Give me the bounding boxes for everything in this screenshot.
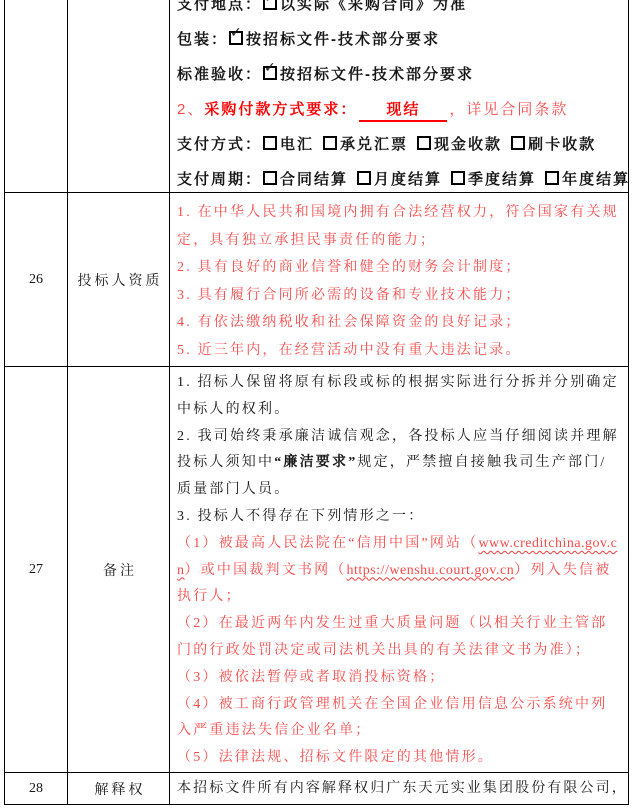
payment-requirement-line: 2、采购付款方式要求：现结，详见合同条款 [177,92,628,127]
remarks-content-cell: 1. 招标人保留将原有标段或标的根据实际进行分拆并分别确定中标人的权利。 2. … [170,367,628,772]
payment-place-label: 支付地点： [177,0,262,13]
row-number: 28 [29,781,43,797]
qualification-item: 2. 具有良好的商业信誉和健全的财务会计制度； [177,254,622,282]
remarks-paragraph: 1. 招标人保留将原有标段或标的根据实际进行分拆并分别确定中标人的权利。 [177,370,622,424]
check-mark-icon: ✓ [230,27,242,37]
payment-method-option: 现金收款 [416,136,502,153]
payment-requirement-number: 2、 [177,101,204,118]
interpretation-right-content-cell: 本招标文件所有内容解释权归广东天元实业集团股份有限公司， [170,773,628,804]
unchecked-checkbox-icon [357,171,371,185]
check-mark-icon: ✓ [264,0,276,2]
prohibited-case-text: （1）被最高人民法院在“信用中国”网站（ [177,536,478,551]
payment-terms-content-cell: 支付地点：✓以实际《采购合同》为准 包装：✓按招标文件-技术部分要求 标准验收：… [170,0,628,192]
qualification-item: 1. 在中华人民共和国境内拥有合法经营权力，符合国家有关规定，具有独立承担民事责… [177,199,622,254]
table-row-bidder-qualifications: 26 投标人资质 1. 在中华人民共和国境内拥有合法经营权力，符合国家有关规定，… [5,193,628,367]
unchecked-checkbox-icon [263,171,277,185]
payment-cycle-option: 年度结算 [544,171,628,188]
payment-cycle-option: 季度结算 [450,171,536,188]
payment-cycle-option: 月度结算 [356,171,442,188]
unchecked-checkbox-icon [511,136,525,150]
table-row-interpretation-right: 28 解释权 本招标文件所有内容解释权归广东天元实业集团股份有限公司， [5,773,628,805]
option-label: 年度结算 [562,171,628,188]
payment-requirement-value: 现结 [386,101,420,118]
acceptance-text: 按招标文件-技术部分要求 [280,66,474,83]
checked-checkbox-icon: ✓ [263,66,277,80]
tender-requirements-table: 支付地点：✓以实际《采购合同》为准 包装：✓按招标文件-技术部分要求 标准验收：… [4,0,629,805]
payment-place-line: 支付地点：✓以实际《采购合同》为准 [177,0,628,22]
unchecked-checkbox-icon [545,171,559,185]
unchecked-checkbox-icon [263,136,277,150]
prohibited-case-item: （2）在最近两年内发生过重大质量问题（以相关行业主管部门的行政处罚决定或司法机关… [177,611,622,665]
option-label: 刷卡收款 [528,136,596,153]
packaging-line: 包装：✓按招标文件-技术部分要求 [177,22,628,57]
option-label: 合同结算 [280,171,348,188]
unchecked-checkbox-icon [417,136,431,150]
option-label: 承兑汇票 [340,136,408,153]
prohibited-case-item: （5）法律法规、招标文件限定的其他情形。 [177,745,622,772]
payment-cycle-line: 支付周期：合同结算月度结算季度结算年度结算 [177,162,628,192]
row-label: 投标人资质 [78,270,163,290]
packaging-label: 包装： [177,31,228,48]
payment-place-text: 以实际《采购合同》为准 [280,0,467,13]
row-label: 备注 [103,560,137,580]
check-mark-icon: ✓ [264,62,276,72]
payment-method-option: 承兑汇票 [322,136,408,153]
option-label: 电汇 [280,136,314,153]
qualification-item: 5. 近三年内，在经营活动中没有重大违法记录。 [177,337,622,365]
unchecked-checkbox-icon [451,171,465,185]
row-label-cell-empty [68,0,170,192]
checked-checkbox-icon: ✓ [229,31,243,45]
wenshu-court-url-link[interactable]: https://wenshu.court.gov.cn [347,563,515,578]
payment-requirement-blank: 现结 [359,100,447,122]
prohibited-case-item: （4）被工商行政管理机关在全国企业信用信息公示系统中列入严重违法失信企业名单； [177,692,622,746]
interpretation-right-text: 本招标文件所有内容解释权归广东天元实业集团股份有限公司， [177,781,628,796]
row-number: 26 [29,272,43,288]
payment-method-label: 支付方式： [177,136,262,153]
qualification-item: 3. 具有履行合同所必需的设备和专业技术能力； [177,282,622,310]
row-number: 27 [29,562,43,578]
bidder-qualifications-content-cell: 1. 在中华人民共和国境内拥有合法经营权力，符合国家有关规定，具有独立承担民事责… [170,193,628,366]
acceptance-line: 标准验收：✓按招标文件-技术部分要求 [177,57,628,92]
payment-cycle-option: 合同结算 [262,171,348,188]
payment-requirement-label: 采购付款方式要求： [204,101,357,118]
remarks-paragraph: 2. 我司始终秉承廉洁诚信观念，各投标人应当仔细阅读并理解投标人须知中“廉洁要求… [177,424,622,504]
row-number-cell-empty [5,0,68,192]
prohibited-case-item: （3）被依法暂停或者取消投标资格； [177,665,622,692]
payment-requirement-suffix: ，详见合同条款 [449,101,568,118]
table-row-payment-terms: 支付地点：✓以实际《采购合同》为准 包装：✓按招标文件-技术部分要求 标准验收：… [5,0,628,193]
row-number-cell: 26 [5,193,68,366]
payment-method-option: 电汇 [262,136,314,153]
checked-checkbox-icon: ✓ [263,0,277,10]
table-row-remarks: 27 备注 1. 招标人保留将原有标段或标的根据实际进行分拆并分别确定中标人的权… [5,367,628,773]
option-label: 季度结算 [468,171,536,188]
remarks-paragraph: 3. 投标人不得存在下列情形之一： [177,504,622,531]
qualification-item: 4. 有依法缴纳税收和社会保障资金的良好记录； [177,309,622,337]
payment-method-line: 支付方式：电汇承兑汇票现金收款刷卡收款 [177,127,628,162]
prohibited-case-text: ）或中国裁判文书网（ [185,563,347,578]
row-label-cell: 投标人资质 [68,193,170,366]
acceptance-label: 标准验收： [177,66,262,83]
row-label-cell: 备注 [68,367,170,772]
option-label: 现金收款 [434,136,502,153]
integrity-requirement-emphasis: “廉洁要求” [274,455,357,470]
row-label: 解释权 [95,779,146,799]
row-label-cell: 解释权 [68,773,170,804]
payment-cycle-label: 支付周期： [177,171,262,188]
option-label: 月度结算 [374,171,442,188]
prohibited-case-item: （1）被最高人民法院在“信用中国”网站（www.creditchina.gov.… [177,531,622,611]
unchecked-checkbox-icon [323,136,337,150]
row-number-cell: 27 [5,367,68,772]
payment-method-option: 刷卡收款 [510,136,596,153]
row-number-cell: 28 [5,773,68,804]
packaging-text: 按招标文件-技术部分要求 [246,31,440,48]
